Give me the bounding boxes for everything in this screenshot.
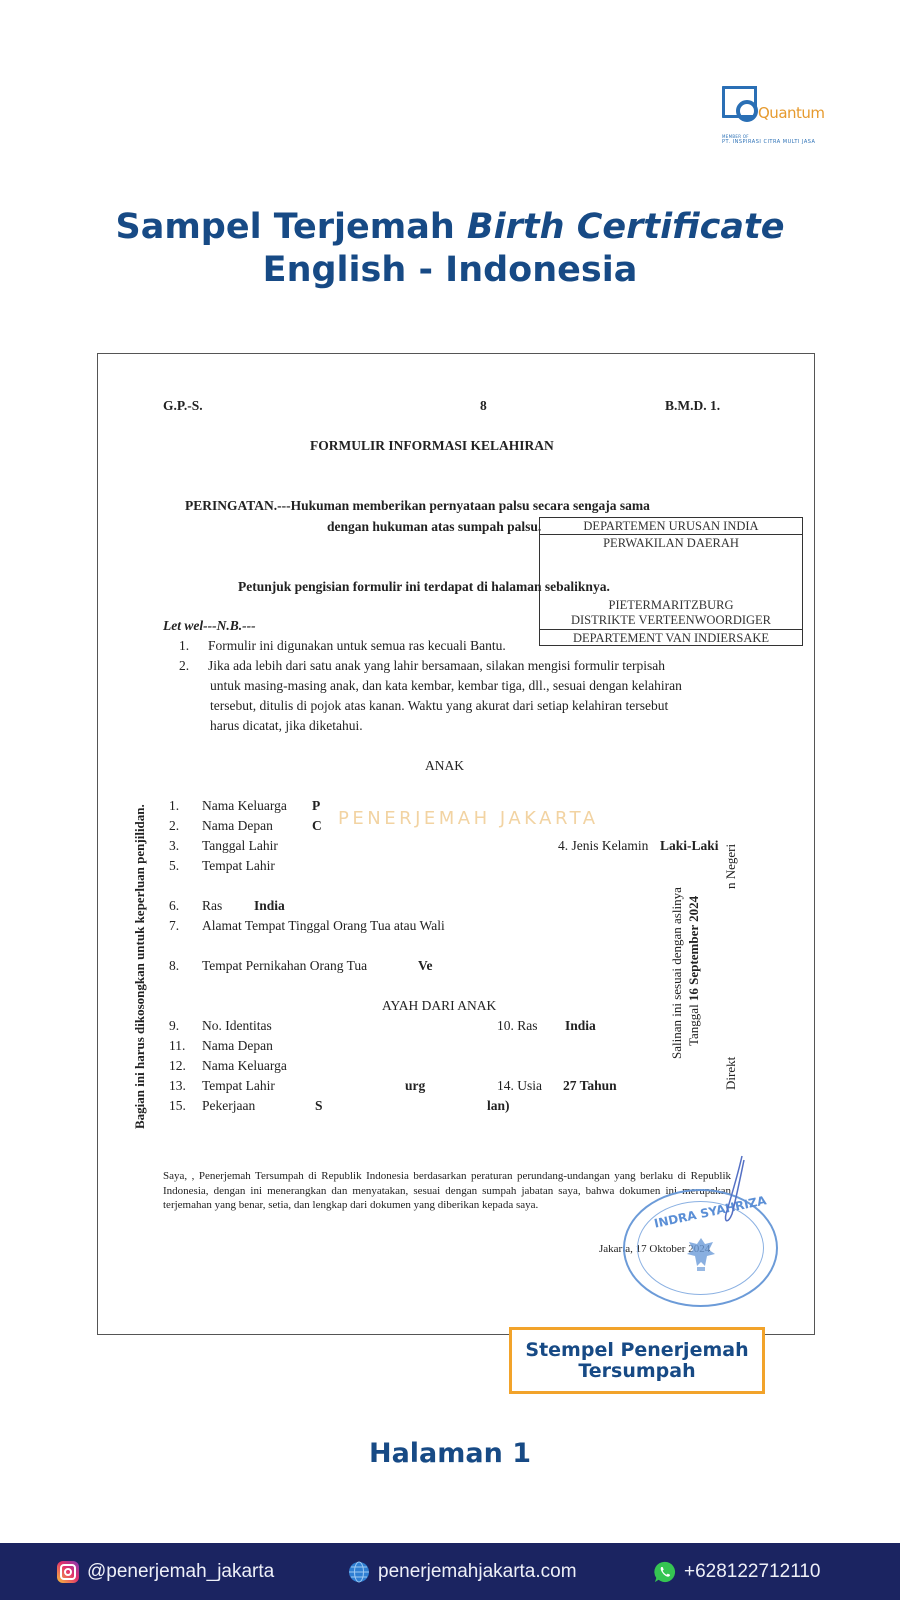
father-field-value-2: lan) <box>487 1098 510 1114</box>
father-field-num: 9. <box>169 1018 179 1034</box>
translated-document: G.P.-S. 8 B.M.D. 1. FORMULIR INFORMASI K… <box>97 353 815 1335</box>
child-field-label: Ras <box>202 898 222 914</box>
title-italic: Birth Certificate <box>467 207 785 247</box>
section-child: ANAK <box>425 758 464 774</box>
stamp-callout-line-2: Tersumpah <box>512 1361 762 1382</box>
note-2-line-3: tersebut, ditulis di pojok atas kanan. W… <box>210 698 668 714</box>
globe-icon <box>348 1561 370 1583</box>
father-field-label: Pekerjaan <box>202 1098 255 1114</box>
child-field-label: Tempat Pernikahan Orang Tua <box>202 958 367 974</box>
title-plain: Sampel Terjemah <box>116 207 467 247</box>
dept-row-3: PIETERMARITZBURG DISTRIKTE VERTEENWOORDI… <box>540 598 802 628</box>
dept-district: DISTRIKTE VERTEENWOORDIGER <box>540 613 802 628</box>
warning-line-2: dengan hukuman atas sumpah palsu. <box>327 519 541 535</box>
note-2-num: 2. <box>179 658 189 674</box>
dept-row-2: PERWAKILAN DAERAH <box>540 535 802 551</box>
father-age-value: 27 Tahun <box>563 1078 617 1094</box>
dept-city: PIETERMARITZBURG <box>540 598 802 613</box>
child-field-label: Alamat Tempat Tinggal Orang Tua atau Wal… <box>202 918 445 934</box>
child-field-value: India <box>254 898 285 914</box>
quantum-logo: Quantum MEMBER OF PT. INSPIRASI CITRA MU… <box>720 86 840 150</box>
page-number-label: Halaman 1 <box>0 1438 900 1469</box>
stamp-callout-line-1: Stempel Penerjemah <box>512 1340 762 1361</box>
father-field-num: 15. <box>169 1098 186 1114</box>
child-field-label: Tanggal Lahir <box>202 838 278 854</box>
instagram-handle: @penerjemah_jakarta <box>87 1561 274 1583</box>
father-field-label: Nama Depan <box>202 1038 273 1054</box>
father-field-num: 13. <box>169 1078 186 1094</box>
gender-label: 4. Jenis Kelamin <box>558 838 648 854</box>
father-age-label: 14. Usia <box>497 1078 542 1094</box>
doc-title: FORMULIR INFORMASI KELAHIRAN <box>310 438 554 454</box>
title-language-pair: English - Indonesia <box>0 249 900 292</box>
signature-icon <box>718 1154 748 1234</box>
website-link[interactable]: penerjemahjakarta.com <box>348 1543 577 1600</box>
page-title: Sampel Terjemah Birth Certificate Englis… <box>0 206 900 292</box>
logo-q-icon <box>736 100 758 122</box>
child-field-label: Nama Depan <box>202 818 273 834</box>
logo-wordmark: Quantum <box>758 104 825 122</box>
garuda-emblem-icon <box>683 1234 719 1274</box>
child-field-label: Nama Keluarga <box>202 798 287 814</box>
logo-company: PT. INSPIRASI CITRA MULTI JASA <box>722 139 815 145</box>
father-field-value: urg <box>405 1078 425 1094</box>
instructions-note: Petunjuk pengisian formulir ini terdapat… <box>238 579 610 595</box>
translator-stamp: INDRA SYAHRIZA <box>623 1189 778 1307</box>
dept-row-4: DEPARTEMENT VAN INDIERSAKE <box>540 629 802 646</box>
child-field-num: 7. <box>169 918 179 934</box>
nb-label: Let wel---N.B.--- <box>163 618 256 634</box>
contact-footer: @penerjemah_jakarta penerjemahjakarta.co… <box>0 1543 900 1600</box>
father-race-label: 10. Ras <box>497 1018 538 1034</box>
whatsapp-link[interactable]: +628122712110 <box>654 1543 821 1600</box>
certified-date-value: 16 September 2024 <box>686 896 701 1001</box>
certified-date-prefix: Tanggal <box>686 1001 701 1046</box>
side-fragment-top: n Negeri <box>723 844 739 889</box>
certified-copy-date: Tanggal 16 September 2024 <box>686 896 702 1046</box>
stamp-callout: Stempel Penerjemah Tersumpah <box>509 1327 765 1394</box>
section-father: AYAH DARI ANAK <box>382 998 496 1014</box>
child-field-num: 8. <box>169 958 179 974</box>
child-field-num: 6. <box>169 898 179 914</box>
doc-page-number: 8 <box>480 398 487 414</box>
instagram-link[interactable]: @penerjemah_jakarta <box>57 1543 274 1600</box>
father-field-value: S <box>315 1098 323 1114</box>
child-field-num: 5. <box>169 858 179 874</box>
child-field-value: C <box>312 818 322 834</box>
child-field-num: 2. <box>169 818 179 834</box>
child-field-num: 3. <box>169 838 179 854</box>
watermark: PENERJEMAH JAKARTA <box>338 808 599 829</box>
father-field-num: 12. <box>169 1058 186 1074</box>
child-field-num: 1. <box>169 798 179 814</box>
certified-copy-note: Salinan ini sesuai dengan aslinya <box>669 887 685 1059</box>
note-2-line-2: untuk masing-masing anak, dan kata kemba… <box>210 678 682 694</box>
gender-value: Laki-Laki <box>660 838 719 854</box>
dept-row-1: DEPARTEMEN URUSAN INDIA <box>540 518 802 535</box>
child-field-label: Tempat Lahir <box>202 858 275 874</box>
child-field-value: Ve <box>418 958 433 974</box>
father-field-num: 11. <box>169 1038 185 1054</box>
instagram-icon <box>57 1561 79 1583</box>
note-1-num: 1. <box>179 638 189 654</box>
father-race-value: India <box>565 1018 596 1034</box>
website-url: penerjemahjakarta.com <box>378 1561 577 1583</box>
father-field-label: Tempat Lahir <box>202 1078 275 1094</box>
doc-code-left: G.P.-S. <box>163 398 203 414</box>
father-field-label: No. Identitas <box>202 1018 272 1034</box>
side-fragment-bottom: Direkt <box>723 1057 739 1090</box>
doc-code-right: B.M.D. 1. <box>665 398 720 414</box>
binding-margin-note: Bagian ini harus dikosongkan untuk keper… <box>132 804 148 1129</box>
whatsapp-icon <box>654 1561 676 1583</box>
warning-line-1: PERINGATAN.---Hukuman memberikan pernyat… <box>185 498 650 514</box>
note-1-text: Formulir ini digunakan untuk semua ras k… <box>208 638 506 654</box>
note-2-line-4: harus dicatat, jika diketahui. <box>210 718 363 734</box>
note-2-line-1: Jika ada lebih dari satu anak yang lahir… <box>208 658 665 674</box>
phone-number: +628122712110 <box>684 1561 821 1583</box>
child-field-value: P <box>312 798 320 814</box>
father-field-label: Nama Keluarga <box>202 1058 287 1074</box>
